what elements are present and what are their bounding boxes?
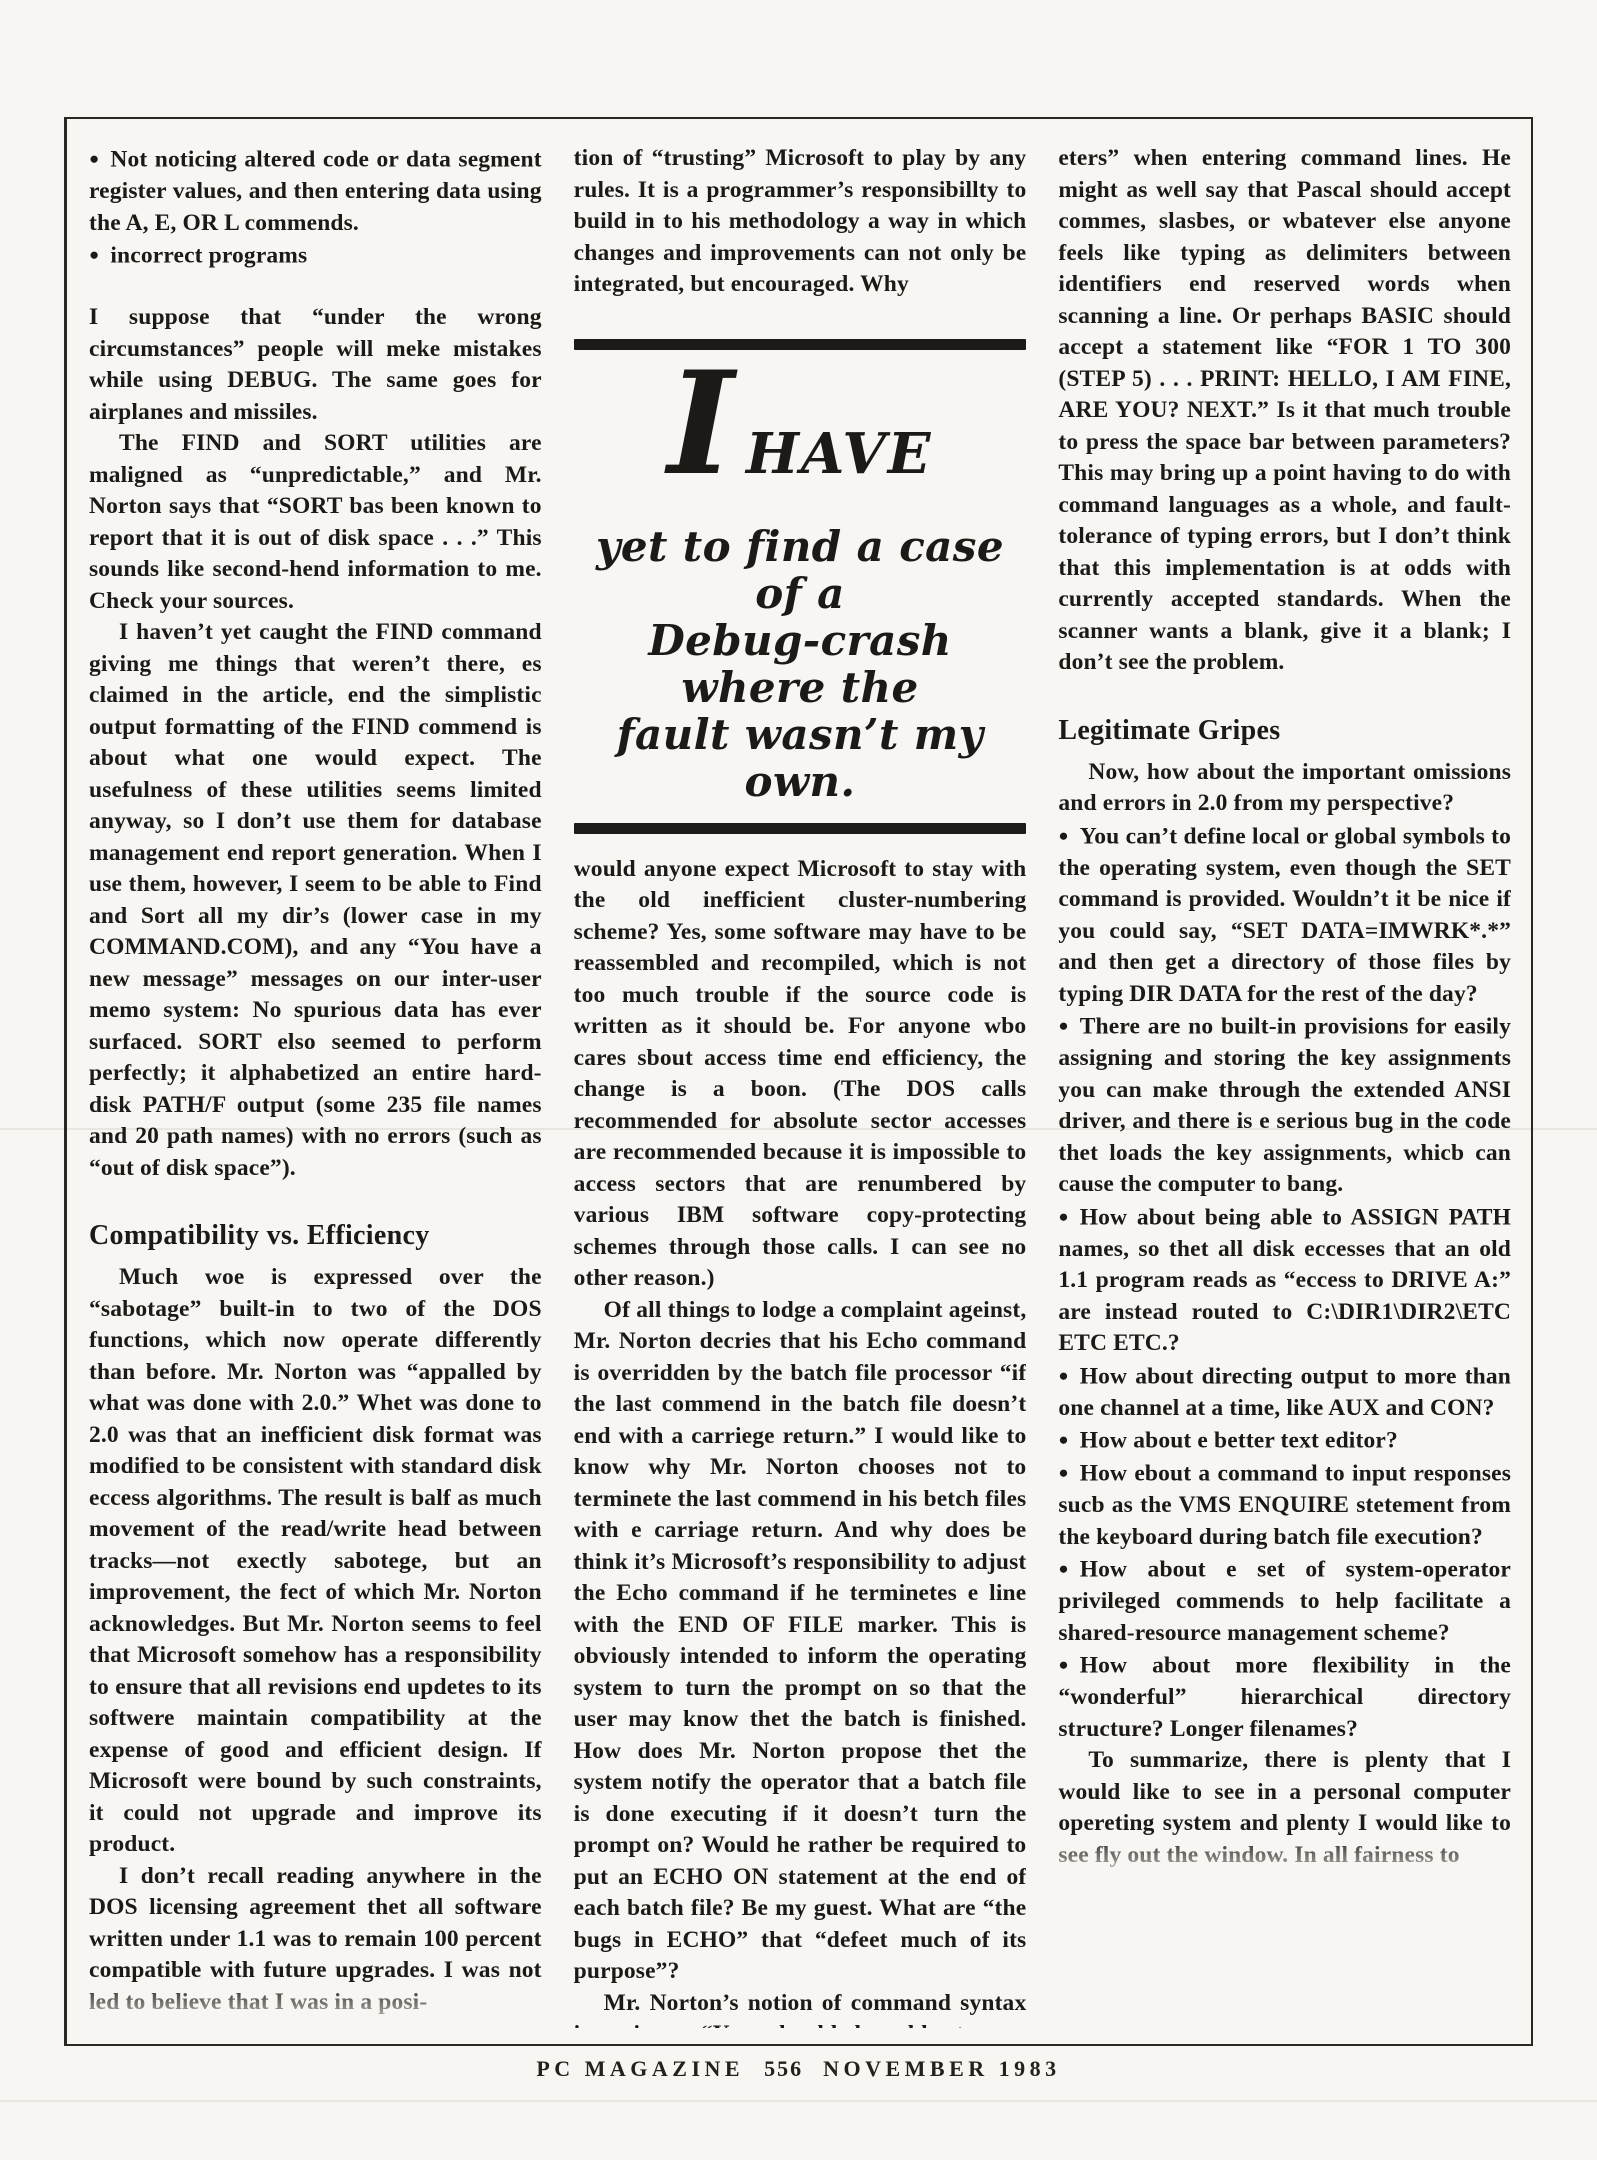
pull-quote-lead: IHAVE (574, 372, 1027, 517)
bullet-item: ●How about being able to ASSIGN PATH nam… (1058, 1201, 1511, 1360)
footer-page-number: 556 (764, 2056, 803, 2081)
bullet-item: ●How about e set of system-operator priv… (1058, 1553, 1511, 1649)
bullet-icon: ● (1058, 1457, 1068, 1489)
pull-quote-top-rule (574, 339, 1027, 350)
body-paragraph: I suppose that “under the wrong circumst… (89, 302, 542, 428)
body-paragraph: Now, how about the important omissions a… (1058, 757, 1511, 820)
bullet-item: ●There are no built-in provisions for ea… (1058, 1010, 1511, 1201)
text-column-middle: tion of “trusting” Microsoft to play by … (574, 143, 1027, 2028)
pull-quote-line: Debug-crash where the (574, 617, 1027, 711)
section-heading: Compatibility vs. Efficiency (89, 1220, 542, 1252)
bullet-icon: ● (1058, 1010, 1068, 1042)
footer-magazine-name: PC MAGAZINE (536, 2056, 744, 2081)
scanned-magazine-page: { "colors": { "paper": "#f8f6f2", "ink":… (0, 0, 1597, 2160)
bullet-icon: ● (1058, 1201, 1068, 1233)
bullet-icon: ● (89, 239, 99, 271)
pull-quote-line: yet to find a case of a (574, 523, 1027, 617)
footer-issue-date: NOVEMBER 1983 (823, 2056, 1061, 2081)
scan-artifact-line (0, 2100, 1597, 2102)
pull-quote-drop-cap: I (668, 341, 734, 507)
bullet-icon: ● (1058, 820, 1068, 852)
body-paragraph: I haven’t yet caught the FIND command gi… (89, 617, 542, 1184)
bullet-icon: ● (1058, 1649, 1068, 1681)
text-column-left: ●Not noticing altered code or data segme… (89, 143, 542, 2028)
body-paragraph: To summarize, there is plenty that I wou… (1058, 1745, 1511, 1871)
pull-quote-line: fault wasn’t my own. (574, 711, 1027, 805)
section-heading: Legitimate Gripes (1058, 715, 1511, 747)
pull-quote-bottom-rule (574, 823, 1027, 834)
page-border-frame: ●Not noticing altered code or data segme… (64, 117, 1533, 2046)
page-footer: PC MAGAZINE556NOVEMBER 1983 (0, 2056, 1597, 2082)
body-paragraph: I don’t recall reading anywhere in the D… (89, 1861, 542, 2019)
pull-quote-lead-word: HAVE (746, 421, 932, 487)
bullet-icon: ● (1058, 1553, 1068, 1585)
text-column-right: eters” when entering command lines. He m… (1058, 143, 1511, 2028)
pull-quote: IHAVEyet to find a case of aDebug-crash … (574, 339, 1027, 834)
body-paragraph: Of all things to lodge a complaint agein… (574, 1295, 1027, 1988)
body-paragraph: Much woe is expressed over the “sabotage… (89, 1262, 542, 1861)
body-paragraph: The FIND and SORT utilities are maligned… (89, 428, 542, 617)
body-paragraph: tion of “trusting” Microsoft to play by … (574, 143, 1027, 301)
bullet-item: ●How about directing output to more than… (1058, 1360, 1511, 1425)
bullet-item: ●How ebout a command to input responses … (1058, 1457, 1511, 1553)
bullet-icon: ● (1058, 1424, 1068, 1456)
bullet-icon: ● (1058, 1360, 1068, 1392)
bullet-item: ●How about e better text editor? (1058, 1424, 1511, 1457)
body-paragraph: eters” when entering command lines. He m… (1058, 143, 1511, 679)
bullet-item: ●Not noticing altered code or data segme… (89, 143, 542, 239)
bullet-icon: ● (89, 143, 99, 175)
pull-quote-body: IHAVEyet to find a case of aDebug-crash … (574, 350, 1027, 823)
body-paragraph: Mr. Norton’s notion of command syntax is… (574, 1988, 1027, 2029)
bullet-item: ●incorrect programs (89, 239, 542, 272)
body-paragraph: would anyone expect Microsoft to stay wi… (574, 854, 1027, 1295)
bullet-item: ●How about more flexibility in the “wond… (1058, 1649, 1511, 1745)
bullet-item: ●You can’t define local or global symbol… (1058, 820, 1511, 1011)
